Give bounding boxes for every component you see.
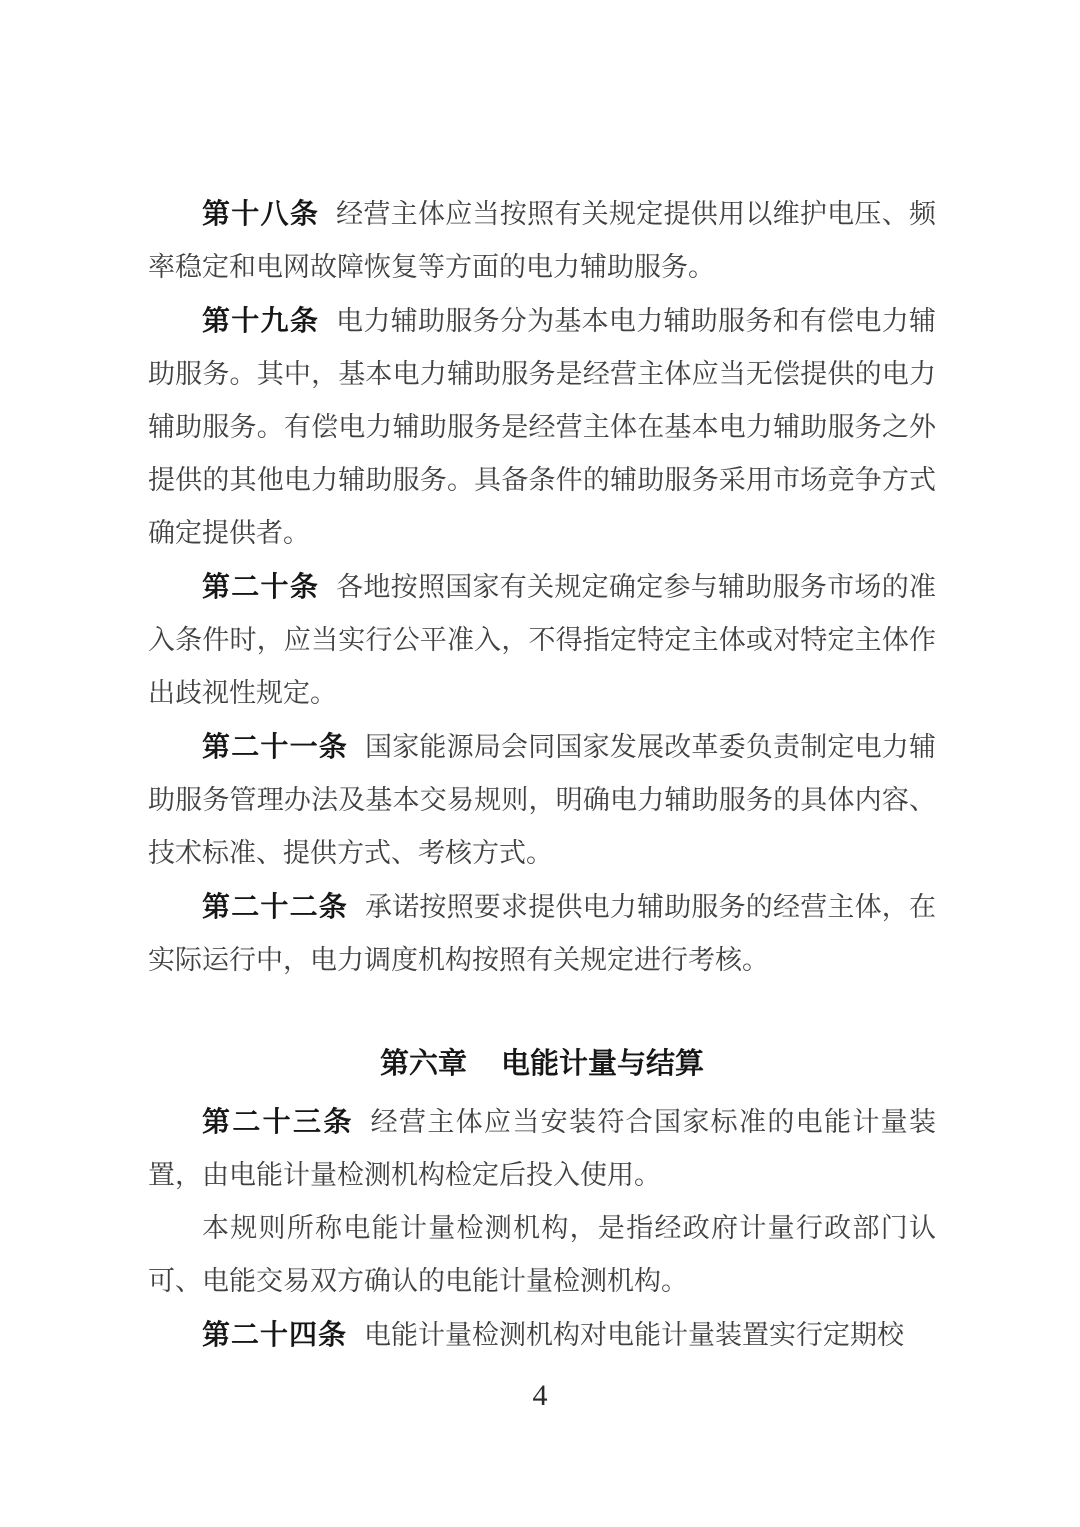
document-content: 第十八条经营主体应当按照有关规定提供用以维护电压、频率稳定和电网故障恢复等方面的… [148,187,936,1362]
article-paragraph: 第二十二条承诺按照要求提供电力辅助服务的经营主体，在实际运行中，电力调度机构按照… [148,880,936,987]
article-number: 第十九条 [202,305,319,336]
article-paragraph: 第二十三条经营主体应当安装符合国家标准的电能计量装置，由电能计量检测机构检定后投… [148,1095,936,1202]
article-paragraph: 第十八条经营主体应当按照有关规定提供用以维护电压、频率稳定和电网故障恢复等方面的… [148,187,936,294]
chapter-heading: 第六章电能计量与结算 [148,1038,936,1091]
chapter-title: 电能计量与结算 [501,1048,704,1080]
article-paragraph: 第十九条电力辅助服务分为基本电力辅助服务和有偿电力辅助服务。其中，基本电力辅助服… [148,294,936,560]
article-number: 第二十一条 [202,731,348,762]
paragraph-text: 电能计量检测机构对电能计量装置实行定期校 [364,1320,904,1350]
paragraph-text: 本规则所称电能计量检测机构，是指经政府计量行政部门认可、电能交易双方确认的电能计… [148,1213,936,1296]
body-paragraph: 本规则所称电能计量检测机构，是指经政府计量行政部门认可、电能交易双方确认的电能计… [148,1202,936,1308]
paragraph-text: 电力辅助服务分为基本电力辅助服务和有偿电力辅助服务。其中，基本电力辅助服务是经营… [148,306,936,548]
article-number: 第二十三条 [202,1106,354,1137]
document-page: 第十八条经营主体应当按照有关规定提供用以维护电压、频率稳定和电网故障恢复等方面的… [0,0,1080,1527]
article-number: 第二十四条 [202,1319,347,1350]
page-number: 4 [0,1374,1080,1418]
article-number: 第二十条 [202,571,319,602]
article-number: 第二十二条 [202,891,348,922]
article-paragraph: 第二十一条国家能源局会同国家发展改革委负责制定电力辅助服务管理办法及基本交易规则… [148,720,936,880]
article-paragraph: 第二十四条电能计量检测机构对电能计量装置实行定期校 [148,1308,936,1362]
article-number: 第十八条 [202,198,319,229]
article-paragraph: 第二十条各地按照国家有关规定确定参与辅助服务市场的准入条件时，应当实行公平准入，… [148,560,936,720]
chapter-number: 第六章 [380,1048,467,1080]
